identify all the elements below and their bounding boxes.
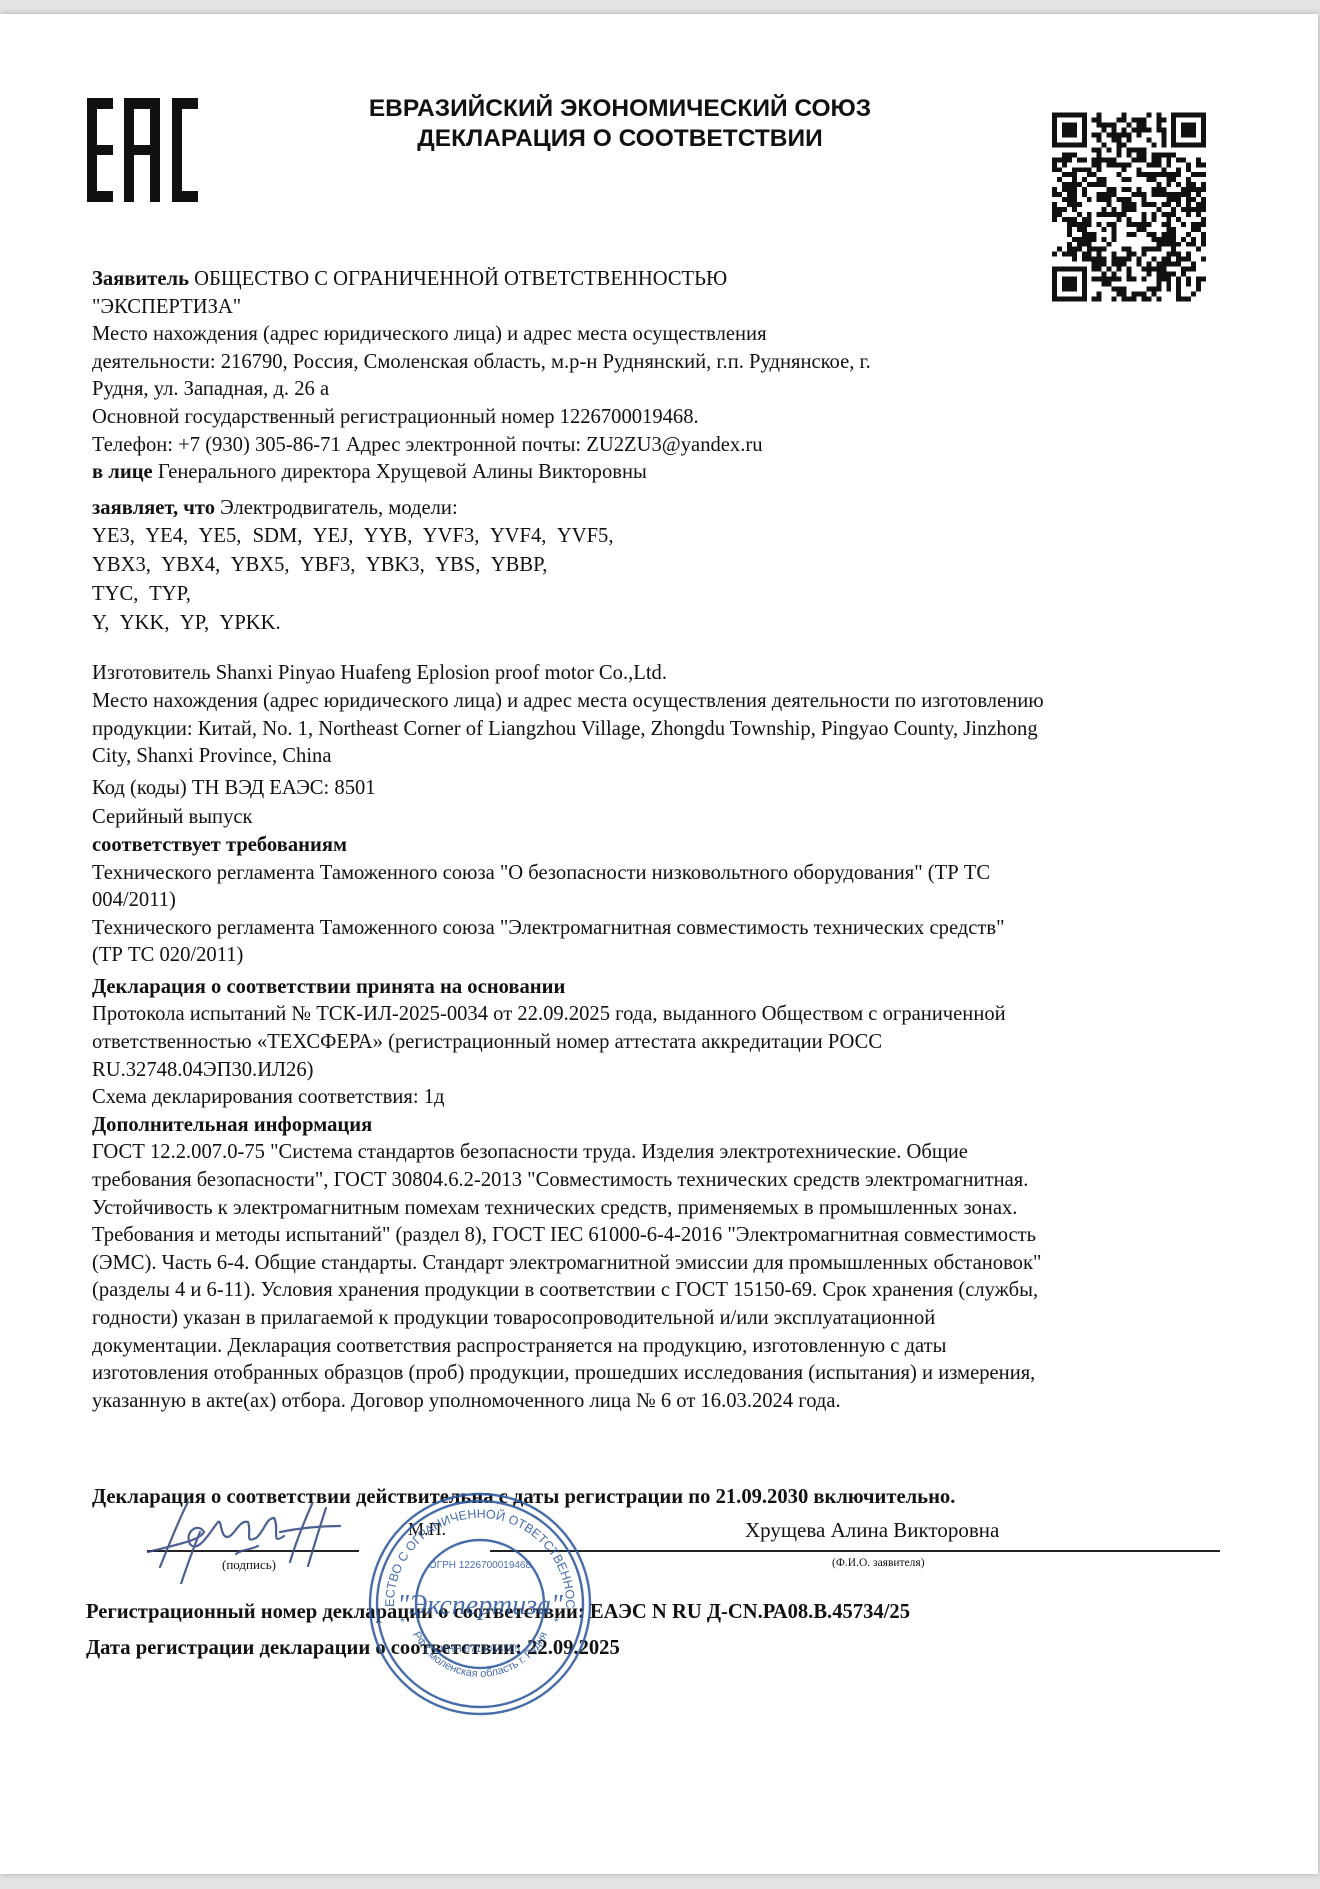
svg-text:ОГРН 1226700019468: ОГРН 1226700019468 <box>429 1560 532 1571</box>
title-declaration: ДЕКЛАРАЦИЯ О СООТВЕТСТВИИ <box>250 124 990 154</box>
name-line <box>490 1550 1220 1552</box>
requirements-heading-text: соответствует требованиям <box>92 834 347 856</box>
signer-caption: (Ф.И.О. заявителя) <box>832 1557 925 1569</box>
applicant-contacts: Телефон: +7 (930) 305-86-71 Адрес электр… <box>92 432 1242 460</box>
svg-text:"Экспертиза": "Экспертиза" <box>397 1590 563 1621</box>
basis-heading: Декларация о соответствии принята на осн… <box>92 974 1242 1002</box>
represented-by: Генерального директора Хрущевой Алины Ви… <box>153 461 647 483</box>
additional-line: изготовления отобранных образцов (проб) … <box>92 1360 1242 1388</box>
document-title: ЕВРАЗИЙСКИЙ ЭКОНОМИЧЕСКИЙ СОЮЗ ДЕКЛАРАЦИ… <box>250 94 990 154</box>
additional-line: ГОСТ 12.2.007.0-75 "Система стандартов б… <box>92 1139 1242 1167</box>
basis-heading-text: Декларация о соответствии принята на осн… <box>92 976 565 998</box>
requirement-line: 004/2011) <box>92 887 1242 915</box>
company-stamp-icon: ОБЩЕСТВО С ОГРАНИЧЕННОЙ ОТВЕТСТВЕННОСТЬЮ… <box>364 1488 596 1720</box>
additional-line: Устойчивость к электромагнитным помехам … <box>92 1195 1242 1223</box>
model-list: YE3, YE4, YE5, SDM, YEJ, YYB, YVF3, YVF4… <box>92 522 1242 638</box>
basis-line: Протокола испытаний № ТСК-ИЛ-2025-0034 о… <box>92 1001 1242 1029</box>
declaration-body: Заявитель ОБЩЕСТВО С ОГРАНИЧЕННОЙ ОТВЕТС… <box>92 266 1242 1415</box>
requirement-line: Технического регламента Таможенного союз… <box>92 915 1242 943</box>
requirement-line: (ТР ТС 020/2011) <box>92 942 1242 970</box>
production-type: Серийный выпуск <box>92 804 1242 832</box>
product-description: Электродвигатель, модели: <box>215 497 458 519</box>
additional-line: (разделы 4 и 6-11). Условия хранения про… <box>92 1277 1242 1305</box>
basis-line: Схема декларирования соответствия: 1д <box>92 1084 1242 1112</box>
model-line: YE3, YE4, YE5, SDM, YEJ, YYB, YVF3, YVF4… <box>92 522 1242 551</box>
title-union: ЕВРАЗИЙСКИЙ ЭКОНОМИЧЕСКИЙ СОЮЗ <box>250 94 990 124</box>
tn-ved-code: Код (коды) ТН ВЭД ЕАЭС: 8501 <box>92 775 1242 803</box>
applicant-address-3: Рудня, ул. Западная, д. 26 а <box>92 376 1242 404</box>
represented-label: в лице <box>92 461 153 483</box>
svg-text:*: * <box>400 1615 405 1629</box>
signer-name: Хрущева Алина Викторовна <box>745 1518 999 1543</box>
applicant-address-2: деятельности: 216790, Россия, Смоленская… <box>92 349 1242 377</box>
applicant-address-1: Место нахождения (адрес юридического лиц… <box>92 321 1242 349</box>
manufacturer-address-3: City, Shanxi Province, China <box>92 743 1242 771</box>
requirement-line: Технического регламента Таможенного союз… <box>92 860 1242 888</box>
model-line: TYC, TYP, <box>92 580 1242 609</box>
basis-line: RU.32748.04ЭП30.ИЛ26) <box>92 1057 1242 1085</box>
applicant-representative: в лице Генерального директора Хрущевой А… <box>92 459 1242 487</box>
declaration-page: ЕВРАЗИЙСКИЙ ЭКОНОМИЧЕСКИЙ СОЮЗ ДЕКЛАРАЦИ… <box>0 14 1318 1874</box>
requirements-heading: соответствует требованиям <box>92 832 1242 860</box>
manufacturer-name: Изготовитель Shanxi Pinyao Huafeng Eplos… <box>92 660 1242 688</box>
declares-label: заявляет, что <box>92 497 215 519</box>
additional-line: Требования и методы испытаний" (раздел 8… <box>92 1222 1242 1250</box>
applicant-name: ОБЩЕСТВО С ОГРАНИЧЕННОЙ ОТВЕТСТВЕННОСТЬЮ <box>189 268 727 290</box>
basis-line: ответственностью «ТЕХСФЕРА» (регистрацио… <box>92 1029 1242 1057</box>
product-declaration: заявляет, что Электродвигатель, модели: <box>92 495 1242 523</box>
additional-line: документации. Декларация соответствия ра… <box>92 1333 1242 1361</box>
eac-logo-icon <box>84 88 204 212</box>
applicant-line: Заявитель ОБЩЕСТВО С ОГРАНИЧЕННОЙ ОТВЕТС… <box>92 266 1242 294</box>
additional-line: годности) указан в прилагаемой к продукц… <box>92 1305 1242 1333</box>
svg-text:ИНН 6713018555: ИНН 6713018555 <box>440 1644 520 1655</box>
model-line: Y, YKK, YP, YPKK. <box>92 609 1242 638</box>
additional-line: требования безопасности", ГОСТ 30804.6.2… <box>92 1167 1242 1195</box>
manufacturer-address-2: продукции: Китай, No. 1, Northeast Corne… <box>92 716 1242 744</box>
model-line: YBX3, YBX4, YBX5, YBF3, YBK3, YBS, YBBP, <box>92 551 1242 580</box>
applicant-name-cont: "ЭКСПЕРТИЗА" <box>92 294 1242 322</box>
additional-line: указанную в акте(ах) отбора. Договор упо… <box>92 1388 1242 1416</box>
manufacturer-address-1: Место нахождения (адрес юридического лиц… <box>92 688 1242 716</box>
additional-line: (ЭМС). Часть 6-4. Общие стандарты. Станд… <box>92 1250 1242 1278</box>
additional-heading-text: Дополнительная информация <box>92 1114 372 1136</box>
applicant-ogrn: Основной государственный регистрационный… <box>92 404 1242 432</box>
additional-heading: Дополнительная информация <box>92 1112 1242 1140</box>
applicant-label: Заявитель <box>92 268 189 290</box>
signature-icon <box>140 1492 360 1584</box>
svg-text:*: * <box>554 1615 559 1629</box>
